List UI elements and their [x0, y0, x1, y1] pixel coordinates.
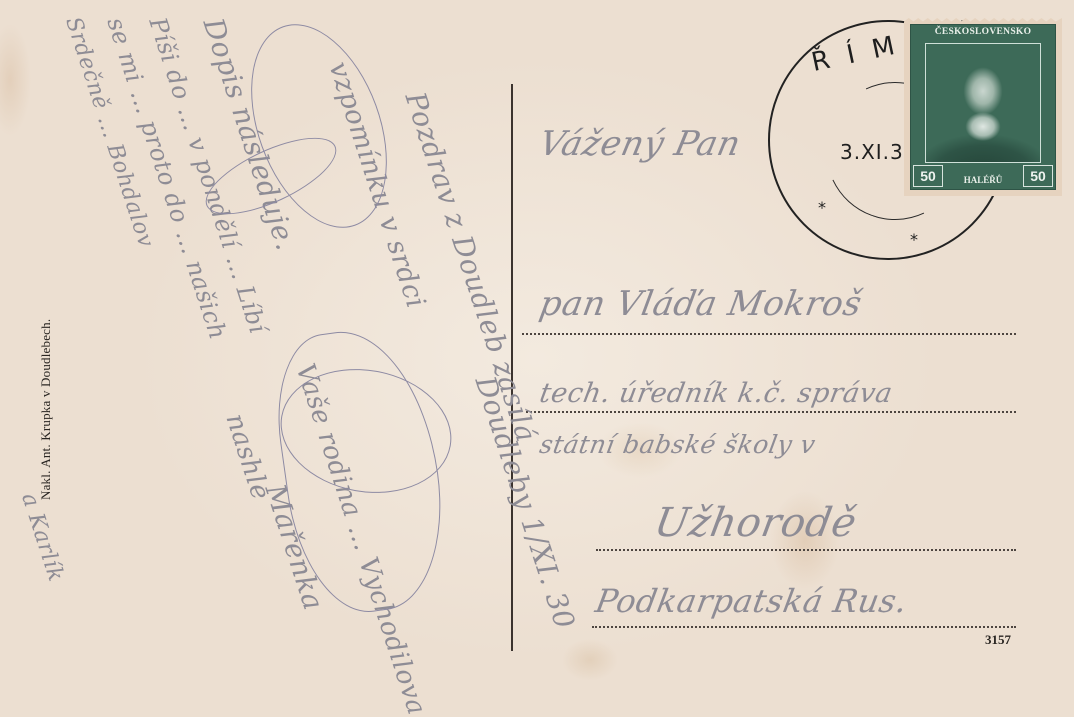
- address-occupation: tech. úředník k.č. správa: [537, 378, 895, 409]
- salutation: Vážený Pan: [536, 124, 745, 164]
- address-line-4: [592, 626, 1016, 628]
- postcard: Nakl. Ant. Krupka v Doudlebech. 3157 ŘÍM…: [0, 0, 1074, 717]
- address-line-2: [526, 411, 1016, 413]
- closing: nashle: [219, 410, 275, 504]
- address-name: pan Vláďa Mokroš: [536, 284, 864, 324]
- message-line-8: a Karlík: [16, 490, 68, 585]
- address-city: Užhorodě: [651, 500, 860, 546]
- card-number: 3157: [985, 632, 1011, 648]
- stamp-value-right: 50: [1023, 165, 1053, 187]
- address-line-3: [596, 549, 1016, 551]
- stamp-body: ČESKOSLOVENSKO 50 HALÉŘŮ 50: [910, 24, 1056, 190]
- address-institution: státní babské školy v: [537, 430, 817, 459]
- address-region: Podkarpatská Rus.: [593, 582, 911, 620]
- stamp-country: ČESKOSLOVENSKO: [911, 27, 1055, 37]
- publisher-line: Nakl. Ant. Krupka v Doudlebech.: [38, 319, 54, 500]
- portrait-icon: [925, 43, 1041, 163]
- address-line-1: [522, 333, 1016, 335]
- postage-stamp: ČESKOSLOVENSKO 50 HALÉŘŮ 50: [904, 18, 1062, 196]
- star-icon: *: [910, 230, 918, 249]
- star-icon: *: [818, 198, 826, 217]
